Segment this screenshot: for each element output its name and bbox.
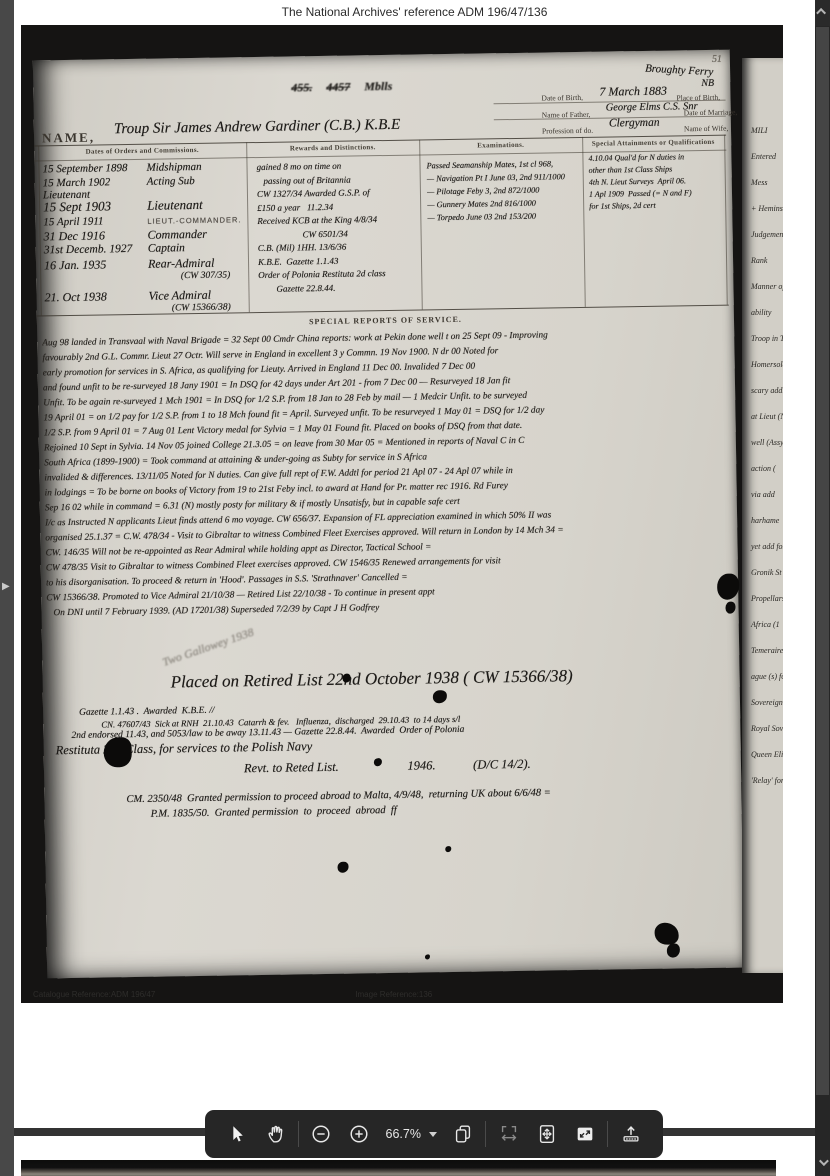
viewer-window: The National Archives' reference ADM 196…	[0, 0, 830, 1176]
commissions-column: 15 September 1898Midshipman 15 March 190…	[33, 50, 730, 61]
margin-fragment: scary addly	[751, 378, 781, 404]
name-value: Troup Sir James Andrew Gardiner (C.B.) K…	[114, 117, 401, 138]
margin-fragment: action (	[751, 456, 781, 482]
profession-label: Profession of do.	[542, 126, 593, 136]
document-scan-canvas[interactable]: 51 455.4457Mblls Broughty Ferry NB Date …	[21, 25, 783, 1003]
rule	[582, 137, 586, 307]
zoom-out-button[interactable]	[305, 1118, 337, 1150]
struck-numbers: 455.4457Mblls	[291, 79, 406, 96]
page-title: The National Archives' reference ADM 196…	[14, 0, 815, 26]
col-header-attainments: Special Attainments or Qualifications	[584, 138, 722, 148]
ink-blot	[433, 690, 447, 703]
cursor-icon	[226, 1123, 248, 1145]
place-of-birth-value-2: NB	[701, 78, 714, 89]
margin-fragment: Entered	[751, 144, 781, 170]
margin-fragment: ability	[751, 300, 781, 326]
toolbar-divider	[607, 1121, 608, 1147]
margin-fragment: Mess	[751, 170, 781, 196]
full-screen-icon	[574, 1123, 596, 1145]
zoom-level-dropdown[interactable]: 66.7%	[382, 1127, 441, 1141]
toolbar-divider	[485, 1121, 486, 1147]
ink-blot	[445, 846, 451, 852]
wife-label: Name of Wife,	[684, 124, 728, 134]
retirement-line: Gazette 1.1.43 . Awarded K.B.E. //	[79, 706, 215, 718]
dob-value: 7 March 1883	[599, 84, 667, 100]
margin-fragment: Manner of	[751, 274, 781, 300]
margin-fragment: Temeraire (	[751, 638, 781, 664]
margin-fragment: Propellars	[751, 586, 781, 612]
fit-width-button[interactable]	[493, 1118, 525, 1150]
hand-icon	[265, 1123, 287, 1145]
scroll-up-button[interactable]	[815, 0, 830, 26]
col-header-commissions: Dates of Orders and Commissions.	[40, 145, 244, 156]
margin-fragment: ague (s) fort	[751, 664, 781, 690]
caret-down-icon	[429, 1132, 437, 1137]
fit-page-button[interactable]	[531, 1118, 563, 1150]
scrollbar-thumb[interactable]	[816, 27, 829, 1095]
special-reports-block: Aug 98 landed in Transvaal with Naval Br…	[42, 326, 734, 622]
ink-blot	[667, 943, 680, 957]
toolbar-divider	[298, 1121, 299, 1147]
commission-row: 16 Jan. 1935Rear-Admiral (CW 307/35)	[44, 255, 244, 283]
margin-fragment: + Heminst	[751, 196, 781, 222]
zoom-level-value: 66.7%	[386, 1127, 421, 1141]
ink-blot	[425, 954, 430, 959]
commission-row: 31st Decemb. 1927Captain	[44, 241, 244, 256]
place-of-birth-value: Broughty Ferry	[645, 63, 714, 79]
copy-pages-button[interactable]	[447, 1118, 479, 1150]
margin-fragment: Gronik St	[751, 560, 781, 586]
image-reference: Image Reference:136	[355, 990, 432, 999]
viewer-toolbar: 66.7%	[205, 1110, 663, 1158]
margin-fragment: at Lieut (N	[751, 404, 781, 430]
examinations-column: Passed Seamanship Mates, 1st cl 968,— Na…	[426, 157, 581, 224]
margin-fragment: MILI	[751, 118, 781, 144]
upload-icon	[620, 1123, 642, 1145]
profession-value: Clergyman	[609, 117, 660, 130]
margin-fragment: harhame	[751, 508, 781, 534]
margin-fragment: Africa (1	[751, 612, 781, 638]
margin-fragment: Troop in These	[751, 326, 781, 352]
full-screen-button[interactable]	[569, 1118, 601, 1150]
retirement-line: Restituta 2nd Class, for services to the…	[56, 739, 313, 758]
folio-number: 51	[712, 54, 722, 65]
margin-fragment: Queen Elizabeth	[751, 742, 781, 768]
margin-fragment: 'Relay' for st	[751, 768, 781, 794]
examination-line: — Torpedo June 03 2nd 153/200	[427, 209, 581, 224]
commission-row: 15 Sept 1903Lieutenant	[43, 196, 243, 215]
pan-tool-button[interactable]	[260, 1118, 292, 1150]
col-header-rewards: Rewards and Distinctions.	[248, 143, 417, 154]
commission-row: 15 September 1898Midshipman	[42, 160, 242, 175]
zoom-in-icon	[348, 1123, 370, 1145]
fit-page-icon	[536, 1123, 558, 1145]
ink-blot	[337, 862, 348, 873]
ink-blot	[725, 602, 735, 614]
ink-blot	[654, 922, 678, 944]
margin-fragments: MILIEnteredMess+ HeminstJudgementRankMan…	[751, 118, 781, 794]
rule	[38, 145, 42, 315]
reward-line: Gazette 22.8.44.	[258, 280, 420, 296]
upload-button[interactable]	[615, 1118, 647, 1150]
zoom-in-button[interactable]	[343, 1118, 375, 1150]
rewards-column: gained 8 mo on time on passing out of Br…	[256, 158, 420, 296]
ledger-left-page: 51 455.4457Mblls Broughty Ferry NB Date …	[33, 50, 744, 979]
margin-fragment: via add	[751, 482, 781, 508]
attainments-column: 4.10.04 Qual'd for N duties inother than…	[588, 151, 725, 213]
rule	[724, 135, 728, 305]
copy-pages-icon	[452, 1123, 474, 1145]
commission-row: 21. Oct 1938Vice Admiral (CW 15366/38)	[44, 287, 244, 315]
next-page-scan-top	[21, 1160, 776, 1176]
retirement-notes: Gazette 1.1.43 . Awarded K.B.E. //CN. 47…	[33, 50, 730, 61]
examination-line: — Navigation Pt I June 03, 2nd 911/1000	[427, 170, 581, 185]
margin-fragment: yet add for	[751, 534, 781, 560]
vertical-scrollbar[interactable]	[815, 0, 830, 1176]
attainment-line: for 1st Ships, 2d cert	[589, 199, 725, 213]
margin-fragment: Sovereign	[751, 690, 781, 716]
retired-list-headline: Placed on Retired List 22nd October 1938…	[170, 666, 572, 692]
retirement-line: CM. 2350/48 Granted permission to procee…	[126, 787, 551, 805]
retirement-line: P.M. 1835/50. Granted permission to proc…	[151, 805, 397, 820]
faint-pencil-note: Two Gallowey 1938	[160, 625, 255, 669]
margin-fragment: Judgement	[751, 222, 781, 248]
scroll-down-button[interactable]	[815, 1150, 830, 1176]
ledger-right-page-edge: MILIEnteredMess+ HeminstJudgementRankMan…	[742, 58, 783, 973]
chevron-up-icon	[816, 8, 826, 18]
margin-fragment: Homersole	[751, 352, 781, 378]
col-header-examinations: Examinations.	[421, 140, 580, 150]
zoom-out-icon	[310, 1123, 332, 1145]
select-tool-button[interactable]	[221, 1118, 253, 1150]
margin-fragment: Royal Sove	[751, 716, 781, 742]
fit-width-icon	[498, 1123, 520, 1145]
margin-fragment: Rank	[751, 248, 781, 274]
margin-fragment: well (Assy	[751, 430, 781, 456]
ink-blot	[717, 574, 739, 600]
rule	[246, 142, 250, 312]
ink-blot	[103, 737, 131, 767]
expand-panel-arrow-icon[interactable]: ▶	[2, 580, 14, 594]
retirement-line: Revt. to Reted List. 1946. (D/C 14/2).	[244, 757, 531, 777]
chevron-down-icon	[819, 1156, 829, 1166]
catalogue-reference: Catalogue Reference:ADM 196/47	[33, 990, 155, 999]
scan-watermark: Catalogue Reference:ADM 196/47 Image Ref…	[21, 990, 783, 999]
